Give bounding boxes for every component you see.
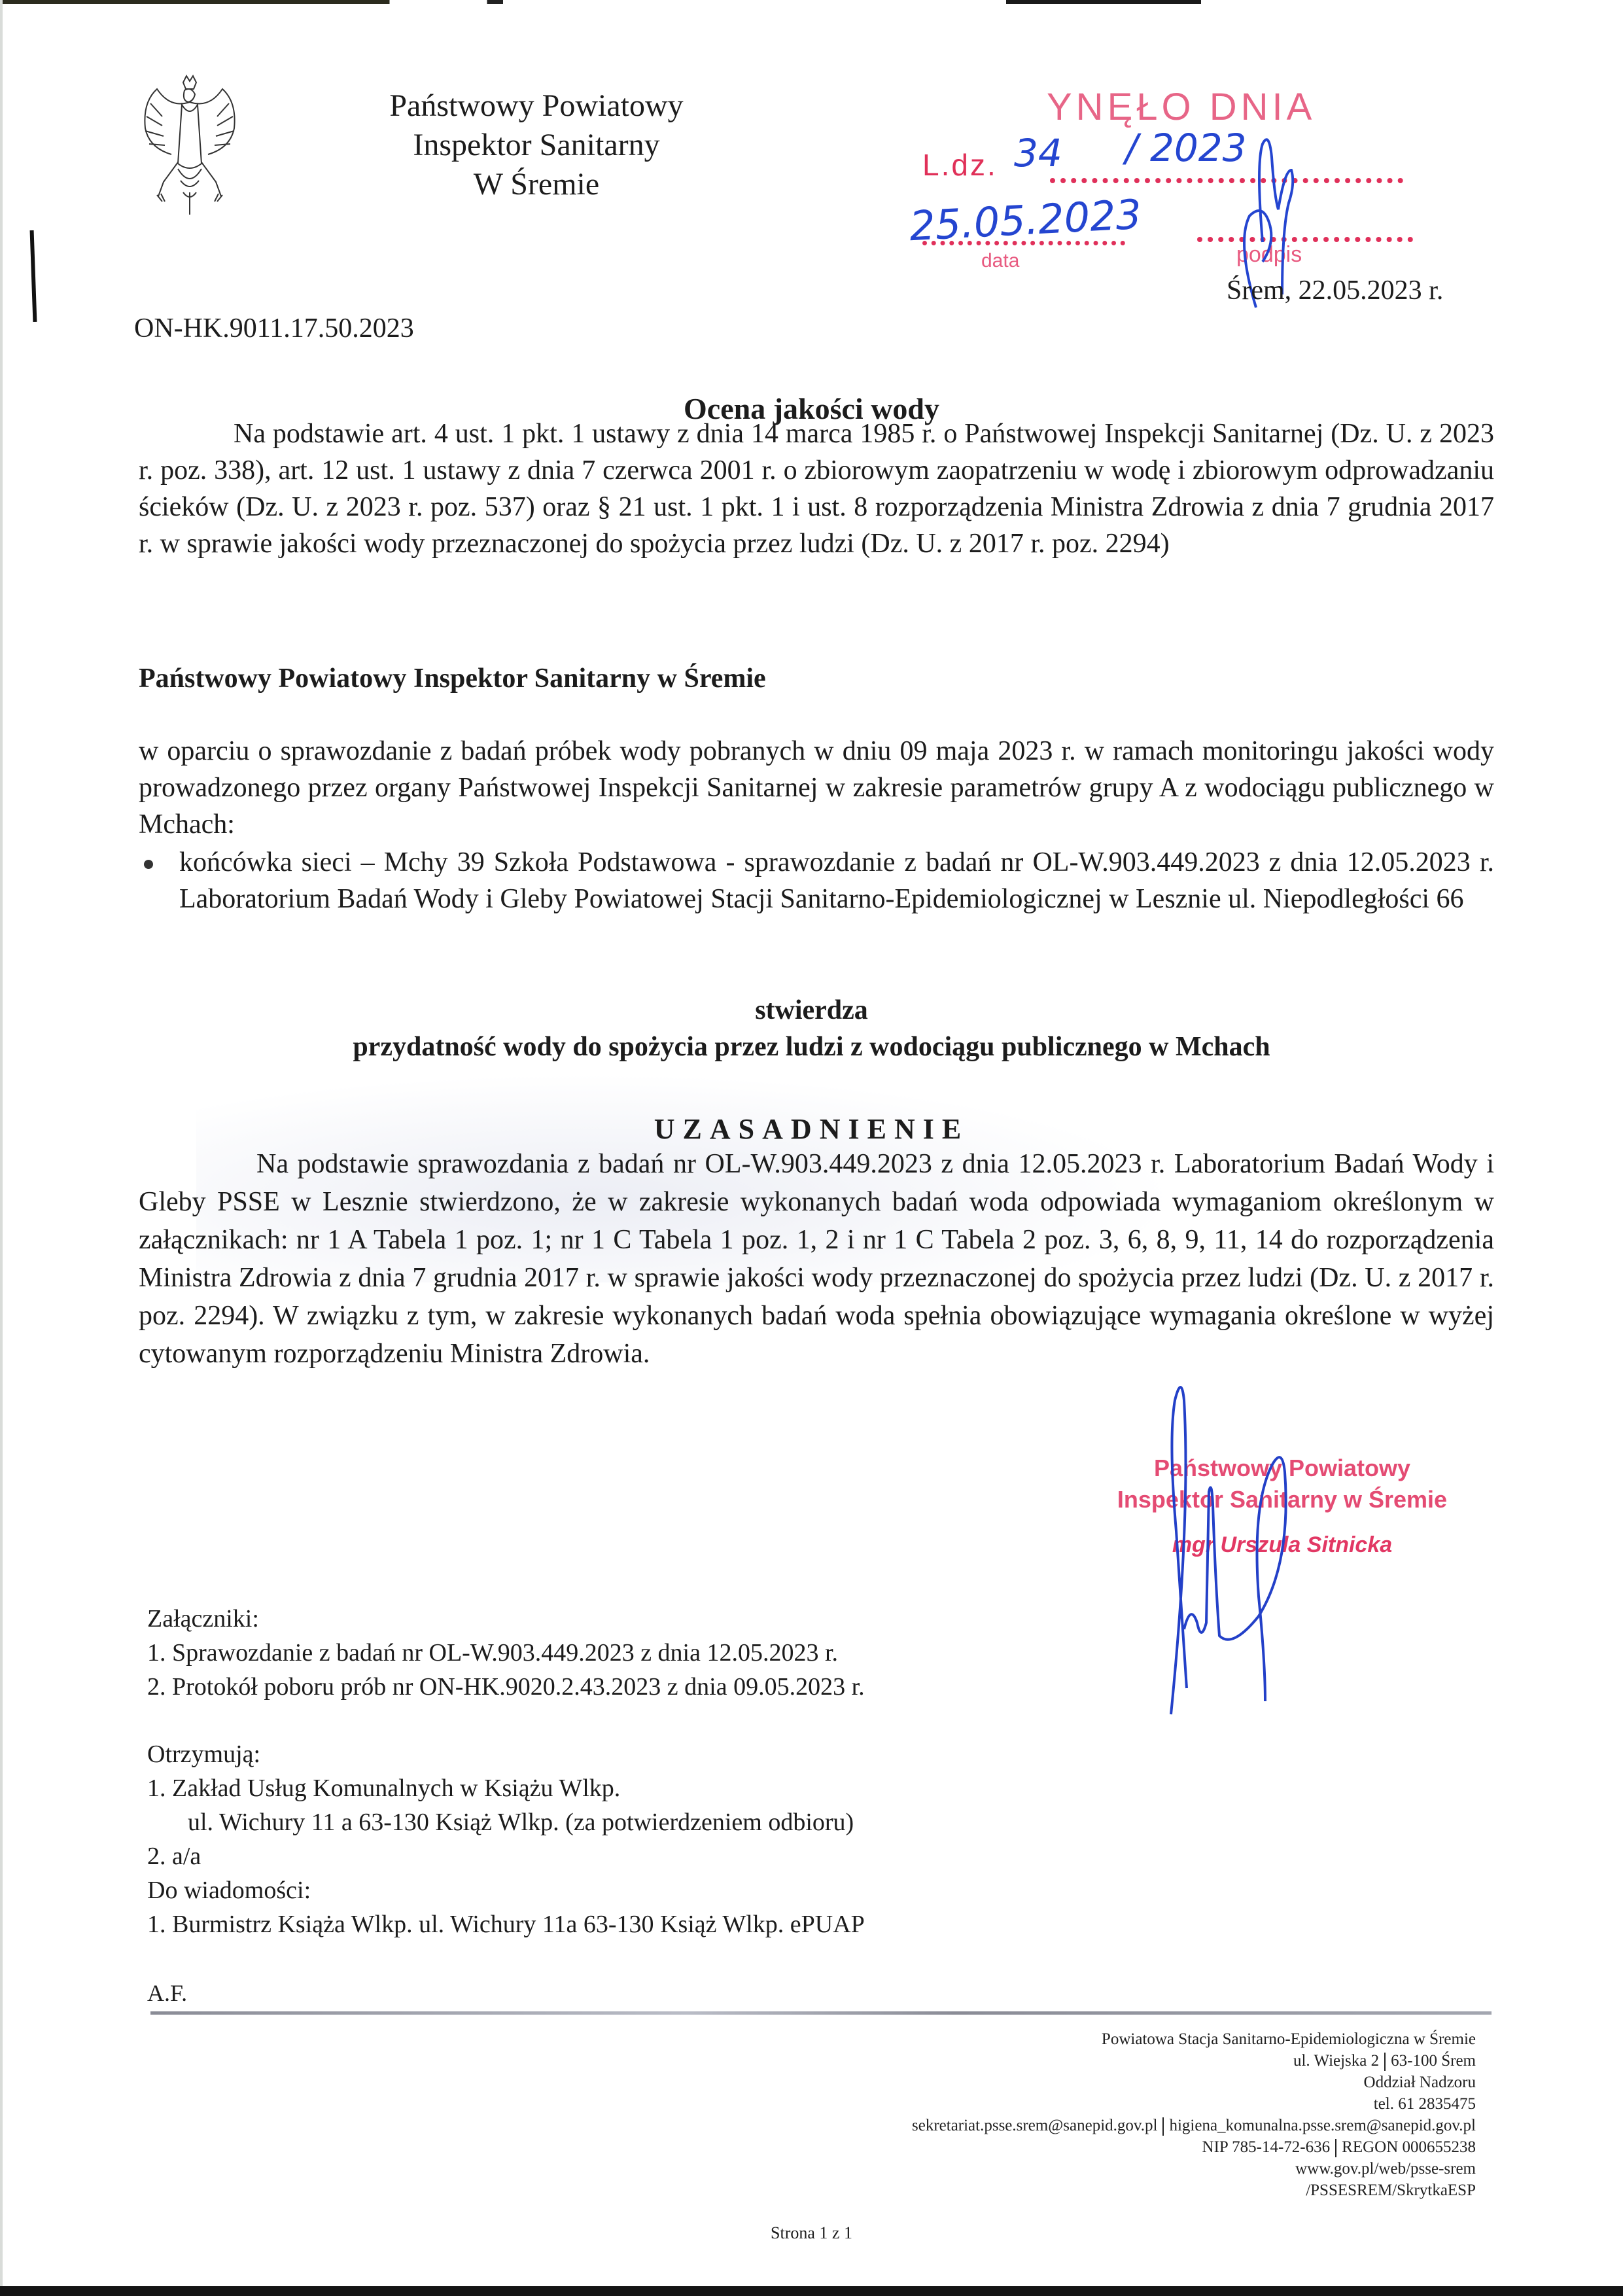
reference-number: ON-HK.9011.17.50.2023 <box>134 313 414 344</box>
list-item: końcówka sieci – Mchy 39 Szkoła Podstawo… <box>139 844 1494 917</box>
footer-nip: NIP 785-14-72-636 <box>1202 2138 1331 2156</box>
attachments-section: Załączniki: 1. Sprawozdanie z badań nr O… <box>147 1602 865 1704</box>
footer-emails: sekretariat.psse.srem@sanepid.gov.plhigi… <box>912 2115 1476 2136</box>
sampling-points-list: końcówka sieci – Mchy 39 Szkoła Podstawo… <box>139 844 1494 917</box>
recipient-item: 1. Zakład Usług Komunalnych w Książu Wlk… <box>147 1771 865 1805</box>
bullet-icon <box>144 860 153 869</box>
separator <box>1162 2117 1164 2136</box>
justification-heading: UZASADNIENIE <box>0 1112 1623 1146</box>
recipients-section: Otrzymują: 1. Zakład Usług Komunalnych w… <box>147 1737 865 1941</box>
org-line-2: Inspektor Sanitarny <box>340 126 733 165</box>
recipients-heading: Otrzymują: <box>147 1737 865 1771</box>
scan-edge-top <box>0 0 1623 4</box>
separator <box>1335 2139 1336 2157</box>
separator <box>1384 2053 1386 2071</box>
authority-heading: Państwowy Powiatowy Inspektor Sanitarny … <box>139 663 766 694</box>
footer-ids: NIP 785-14-72-636REGON 000655238 <box>912 2136 1476 2158</box>
place-and-date: Śrem, 22.05.2023 r. <box>1227 275 1443 306</box>
polish-eagle-emblem-icon <box>137 71 242 218</box>
footer-regon: REGON 000655238 <box>1342 2138 1476 2156</box>
legal-basis-paragraph: Na podstawie art. 4 ust. 1 pkt. 1 ustawy… <box>139 415 1494 562</box>
handwritten-signature-icon <box>1151 1361 1387 1721</box>
issuing-authority: Państwowy Powiatowy Inspektor Sanitarny … <box>340 86 733 204</box>
footer-street: ul. Wiejska 2 <box>1293 2052 1379 2070</box>
stamp-date-line <box>922 241 1125 245</box>
footer-address: ul. Wiejska 263-100 Śrem <box>912 2050 1476 2072</box>
cc-item: 1. Burmistrz Książa Wlkp. ul. Wichury 11… <box>147 1907 865 1941</box>
footer-website-link[interactable]: www.gov.pl/web/psse-srem <box>912 2158 1476 2180</box>
attachment-item: 2. Protokół poboru prób nr ON-HK.9020.2.… <box>147 1670 865 1704</box>
footer-phone: tel. 61 2835475 <box>912 2093 1476 2115</box>
footer-institution: Powiatowa Stacja Sanitarno-Epidemiologic… <box>912 2028 1476 2050</box>
footer-postal: 63-100 Śrem <box>1391 2052 1476 2070</box>
org-line-1: Państwowy Powiatowy <box>340 86 733 126</box>
received-stamp: YNĘŁO DNIA L.dz. 34 / 2023 25.05.2023 da… <box>903 85 1426 281</box>
attachment-item: 1. Sprawozdanie z badań nr OL-W.903.449.… <box>147 1636 865 1670</box>
stamp-register-label: L.dz. <box>922 147 998 183</box>
stamp-date-label: data <box>981 250 1019 272</box>
decision-verb: stwierdza <box>0 995 1623 1026</box>
email-secretariat-link[interactable]: sekretariat.psse.srem@sanepid.gov.pl <box>912 2117 1157 2134</box>
footer-epuap: /PSSESREM/SkrytkaESP <box>912 2180 1476 2201</box>
institution-footer: Powiatowa Stacja Sanitarno-Epidemiologic… <box>912 2028 1476 2201</box>
page-number: Strona 1 z 1 <box>0 2223 1623 2243</box>
basis-paragraph: w oparciu o sprawozdanie z badań próbek … <box>139 733 1494 843</box>
fold-margin-mark <box>30 230 37 322</box>
scan-edge-left <box>0 0 3 2296</box>
recipient-item: 2. a/a <box>147 1839 865 1873</box>
cc-heading: Do wiadomości: <box>147 1873 865 1907</box>
justification-paragraph: Na podstawie sprawozdania z badań nr OL-… <box>139 1145 1494 1373</box>
sampling-point-text: końcówka sieci – Mchy 39 Szkoła Podstawo… <box>179 847 1494 914</box>
handwritten-register-number: 34 <box>1014 131 1062 175</box>
footer-department: Oddział Nadzoru <box>912 2072 1476 2093</box>
scan-edge-bottom <box>0 2286 1623 2296</box>
decision-text: przydatność wody do spożycia przez ludzi… <box>0 1031 1623 1063</box>
email-hygiene-link[interactable]: higiena_komunalna.psse.srem@sanepid.gov.… <box>1169 2117 1476 2134</box>
author-initials: A.F. <box>147 1979 187 2007</box>
footer-divider <box>150 2011 1492 2015</box>
attachments-heading: Załączniki: <box>147 1602 865 1636</box>
recipient-address: ul. Wichury 11 a 63-130 Książ Wlkp. (za … <box>147 1805 865 1839</box>
org-line-3: W Śremie <box>340 165 733 204</box>
